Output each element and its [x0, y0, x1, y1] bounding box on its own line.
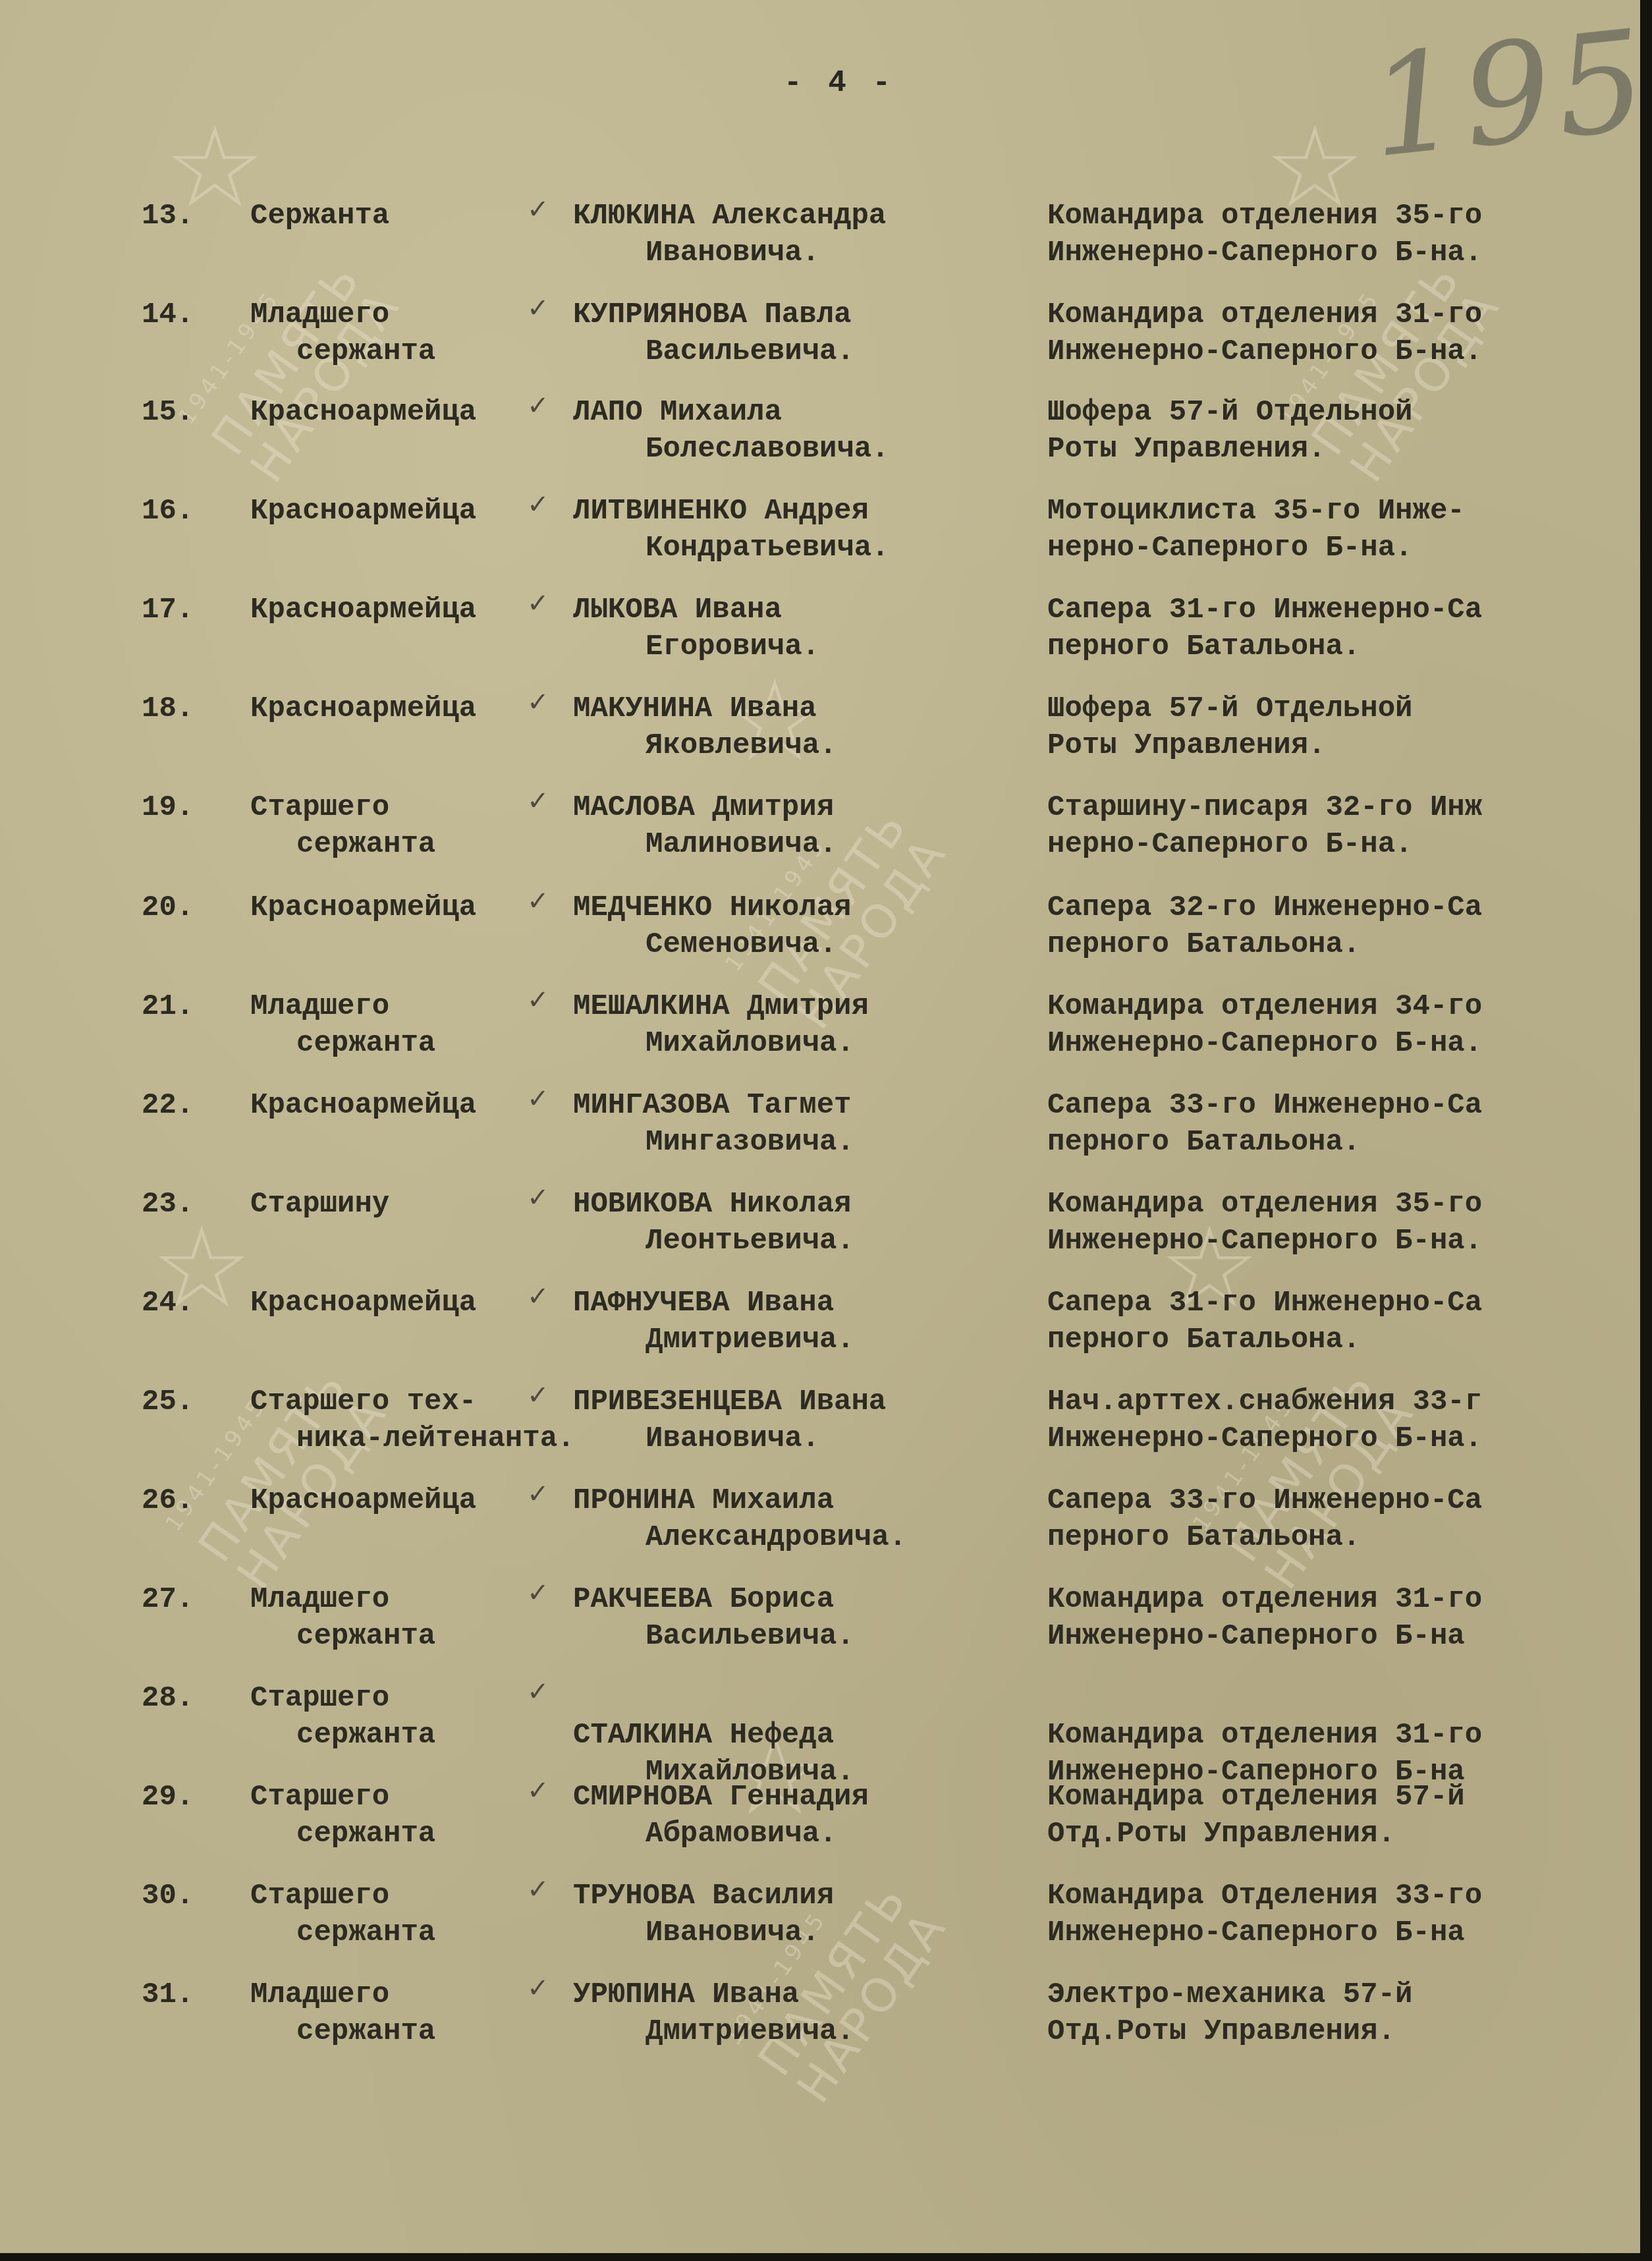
handwritten-sheet-number: 195 [1362, 0, 1640, 189]
position-line: Шофера 57-й Отдельной [1047, 690, 1640, 727]
entry-number: 21. [142, 988, 221, 1025]
entry-rank: Красноармейца [250, 1285, 553, 1322]
entry-number: 27. [142, 1581, 221, 1618]
entry-rank: Младшегосержанта [250, 988, 553, 1062]
entry-rank: Красноармейца [250, 493, 553, 530]
rank-line: Красноармейца [250, 396, 476, 429]
list-item: 17.Красноармейца✓ЛЫКОВА ИванаЕгоровича.С… [0, 592, 1640, 684]
checkmark-icon: ✓ [527, 585, 549, 622]
position-line: Командира Отделения 33-го [1047, 1878, 1640, 1914]
patronymic: Егоровича. [573, 628, 1008, 665]
entry-number: 20. [142, 889, 221, 926]
entry-rank: Старшегосержанта [250, 1680, 553, 1754]
document-page: - 4 - 195 ☆ 1941-1945 ПАМЯТЬ НАРОДА ☆ 19… [0, 0, 1640, 2253]
position-line: Командира отделения 31-го [1047, 296, 1640, 333]
rank-line: сержанта [250, 1914, 553, 1951]
entry-position: Сапера 33-го Инженерно-Саперного Батальо… [1047, 1482, 1640, 1556]
entry-rank: Старшину [250, 1186, 553, 1223]
rank-line: сержанта [250, 1816, 553, 1853]
position-line: перного Батальона. [1047, 1124, 1640, 1161]
rank-line: Старшего [250, 791, 389, 824]
list-item: 14.Младшегосержанта✓КУПРИЯНОВА ПавлаВаси… [0, 296, 1640, 389]
list-item: 13.Сержанта✓КЛЮКИНА АлександраИвановича.… [0, 198, 1640, 290]
entry-rank: Красноармейца [250, 394, 553, 431]
entry-position: Командира отделения 31-гоИнженерно-Сапер… [1047, 1581, 1640, 1655]
entry-position: Сапера 31-го Инженерно-Саперного Батальо… [1047, 1285, 1640, 1358]
list-item: 19.Старшегосержанта✓МАСЛОВА ДмитрияМалин… [0, 789, 1640, 881]
entry-number: 23. [142, 1186, 221, 1223]
rank-line: Старшего [250, 1880, 389, 1912]
list-item: 29.Старшегосержанта✓СМИРНОВА ГеннадияАбр… [0, 1779, 1640, 1871]
entry-position: Командира отделения 34-гоИнженерно-Сапер… [1047, 988, 1640, 1062]
entry-name: РАКЧЕЕВА БорисаВасильевича. [573, 1581, 1008, 1655]
entry-name: КУПРИЯНОВА ПавлаВасильевича. [573, 296, 1008, 370]
position-line: Нач.арттех.снабжения 33-г [1047, 1383, 1640, 1420]
entry-position: Командира Отделения 33-гоИнженерно-Сапер… [1047, 1878, 1640, 1951]
entry-rank: Красноармейца [250, 889, 553, 926]
entry-number: 31. [142, 1976, 221, 2013]
entry-name: ЛАПО МихаилаБолеславовича. [573, 394, 1008, 468]
entry-name: ПРИВЕЗЕНЦЕВА ИванаИвановича. [573, 1383, 1008, 1457]
position-line: Роты Управления. [1047, 727, 1640, 764]
checkmark-icon: ✓ [527, 191, 549, 228]
list-item: 18.Красноармейца✓МАКУНИНА ИванаЯковлевич… [0, 690, 1640, 783]
page-number: - 4 - [784, 66, 895, 100]
position-line: Инженерно-Саперного Б-на. [1047, 235, 1640, 271]
entry-number: 19. [142, 789, 221, 826]
entry-number: 15. [142, 394, 221, 431]
entry-position: Командира отделения 31-гоИнженерно-Сапер… [1047, 296, 1640, 370]
entry-rank: Красноармейца [250, 690, 553, 727]
position-line: Инженерно-Саперного Б-на [1047, 1618, 1640, 1655]
checkmark-icon: ✓ [527, 1970, 549, 2007]
position-line: Командира отделения 35-го [1047, 1186, 1640, 1223]
patronymic: Васильевича. [573, 1618, 1008, 1655]
rank-line: сержанта [250, 2013, 553, 2050]
patronymic: Ивановича. [573, 1914, 1008, 1951]
list-item: 31.Младшегосержанта✓УРЮПИНА ИванаДмитрие… [0, 1976, 1640, 2069]
position-line: Инженерно-Саперного Б-на. [1047, 1223, 1640, 1260]
position-line: Отд.Роты Управления. [1047, 1816, 1640, 1853]
position-line: Роты Управления. [1047, 431, 1640, 468]
surname-given-name: ПРИВЕЗЕНЦЕВА Ивана [573, 1385, 886, 1418]
checkmark-icon: ✓ [527, 883, 549, 920]
position-line: перного Батальона. [1047, 628, 1640, 665]
entry-number: 28. [142, 1680, 221, 1717]
entry-rank: Сержанта [250, 198, 553, 235]
list-item: 22.Красноармейца✓МИНГАЗОВА ТагметМингазо… [0, 1087, 1640, 1179]
entry-position: Командира отделения 35-гоИнженерно-Сапер… [1047, 198, 1640, 271]
checkmark-icon: ✓ [527, 1278, 549, 1315]
entry-rank: Младшегосержанта [250, 296, 553, 370]
patronymic: Яковлевича. [573, 727, 1008, 764]
rank-line: ника-лейтенанта. [250, 1420, 553, 1457]
entry-name: УРЮПИНА ИванаДмитриевича. [573, 1976, 1008, 2050]
patronymic: Ивановича. [573, 235, 1008, 271]
rank-line: сержанта [250, 1717, 553, 1754]
surname-given-name: МЕШАЛКИНА Дмитрия [573, 990, 869, 1023]
position-line: Командира отделения 31-го [1047, 1581, 1640, 1618]
entry-position: Шофера 57-й ОтдельнойРоты Управления. [1047, 690, 1640, 764]
surname-given-name: СМИРНОВА Геннадия [573, 1781, 869, 1814]
entry-name: ЛИТВИНЕНКО АндреяКондратьевича. [573, 493, 1008, 567]
surname-given-name: ТРУНОВА Василия [573, 1880, 834, 1912]
checkmark-icon: ✓ [527, 982, 549, 1019]
patronymic: Семеновича. [573, 926, 1008, 963]
entry-rank: Старшего тех-ника-лейтенанта. [250, 1383, 553, 1457]
entry-name: ПАФНУЧЕВА ИванаДмитриевича. [573, 1285, 1008, 1358]
patronymic: Абрамовича. [573, 1816, 1008, 1853]
entry-number: 18. [142, 690, 221, 727]
checkmark-icon: ✓ [527, 290, 549, 327]
patronymic: Мингазовича. [573, 1124, 1008, 1161]
entry-name: НОВИКОВА НиколаяЛеонтьевича. [573, 1186, 1008, 1260]
surname-given-name: СТАЛКИНА Нефеда [573, 1719, 834, 1752]
entry-rank: Младшегосержанта [250, 1581, 553, 1655]
position-line: Сапера 33-го Инженерно-Са [1047, 1482, 1640, 1519]
position-line: Мотоциклиста 35-го Инже- [1047, 493, 1640, 530]
surname-given-name: МЕДЧЕНКО Николая [573, 891, 851, 924]
position-line: перного Батальона. [1047, 1519, 1640, 1556]
rank-line: Красноармейца [250, 495, 476, 528]
entry-name: ТРУНОВА ВасилияИвановича. [573, 1878, 1008, 1951]
surname-given-name: ПАФНУЧЕВА Ивана [573, 1287, 834, 1320]
entry-number: 17. [142, 592, 221, 628]
position-line: Командира отделения 34-го [1047, 988, 1640, 1025]
scan-edge [0, 2253, 1652, 2261]
list-item: 30.Старшегосержанта✓ТРУНОВА ВасилияИвано… [0, 1878, 1640, 1970]
checkmark-icon: ✓ [527, 1871, 549, 1908]
entry-position: Сапера 33-го Инженерно-Саперного Батальо… [1047, 1087, 1640, 1161]
entry-name: КЛЮКИНА АлександраИвановича. [573, 198, 1008, 271]
entry-position: Шофера 57-й ОтдельнойРоты Управления. [1047, 394, 1640, 468]
patronymic: Дмитриевича. [573, 1322, 1008, 1358]
checkmark-icon: ✓ [527, 1673, 549, 1710]
checkmark-icon: ✓ [527, 1476, 549, 1513]
surname-given-name: МАКУНИНА Ивана [573, 692, 817, 725]
checkmark-icon: ✓ [527, 684, 549, 721]
checkmark-icon: ✓ [527, 1575, 549, 1611]
patronymic: Александровича. [573, 1519, 1008, 1556]
rank-line: сержанта [250, 333, 553, 370]
entry-number: 26. [142, 1482, 221, 1519]
list-item: 25.Старшего тех-ника-лейтенанта.✓ПРИВЕЗЕ… [0, 1383, 1640, 1476]
list-item: 15.Красноармейца✓ЛАПО МихаилаБолеславови… [0, 394, 1640, 486]
patronymic: Васильевича. [573, 333, 1008, 370]
rank-line: сержанта [250, 1618, 553, 1655]
position-line: Инженерно-Саперного Б-на. [1047, 1420, 1640, 1457]
patronymic: Малиновича. [573, 826, 1008, 863]
entry-number: 25. [142, 1383, 221, 1420]
surname-given-name: КУПРИЯНОВА Павла [573, 298, 851, 331]
patronymic: Кондратьевича. [573, 530, 1008, 567]
entry-number: 22. [142, 1087, 221, 1124]
position-line: Командира отделения 31-го [1047, 1717, 1640, 1754]
entry-rank: Старшегосержанта [250, 1878, 553, 1951]
position-line: Старшину-писаря 32-го Инж [1047, 789, 1640, 826]
rank-line: Сержанта [250, 200, 389, 233]
rank-line: Младшего [250, 298, 389, 331]
entry-position: Сапера 31-го Инженерно-Саперного Батальо… [1047, 592, 1640, 665]
rank-line: сержанта [250, 826, 553, 863]
patronymic: Болеславовича. [573, 431, 1008, 468]
rank-line: Старшего [250, 1682, 389, 1715]
entry-name: ЛЫКОВА ИванаЕгоровича. [573, 592, 1008, 665]
position-line: перного Батальона. [1047, 926, 1640, 963]
entry-name: МЕДЧЕНКО НиколаяСеменовича. [573, 889, 1008, 963]
entry-name: МЕШАЛКИНА ДмитрияМихайловича. [573, 988, 1008, 1062]
patronymic: Михайловича. [573, 1025, 1008, 1062]
list-item: 21.Младшегосержанта✓МЕШАЛКИНА ДмитрияМих… [0, 988, 1640, 1080]
rank-line: Красноармейца [250, 594, 476, 627]
rank-line: Старшего тех- [250, 1385, 476, 1418]
entry-position: Старшину-писаря 32-го Инжнерно-Саперного… [1047, 789, 1640, 863]
entry-number: 13. [142, 198, 221, 235]
entry-rank: Красноармейца [250, 592, 553, 628]
entry-position: Командира отделения 35-гоИнженерно-Сапер… [1047, 1186, 1640, 1260]
list-item: 24.Красноармейца✓ПАФНУЧЕВА ИванаДмитриев… [0, 1285, 1640, 1377]
entry-position: Нач.арттех.снабжения 33-гИнженерно-Сапер… [1047, 1383, 1640, 1457]
position-line: Инженерно-Саперного Б-на. [1047, 333, 1640, 370]
entry-name: СМИРНОВА ГеннадияАбрамовича. [573, 1779, 1008, 1853]
scan-edge [1640, 0, 1652, 2261]
patronymic: Ивановича. [573, 1420, 1008, 1457]
entry-position: Мотоциклиста 35-го Инже-нерно-Саперного … [1047, 493, 1640, 567]
entry-number: 24. [142, 1285, 221, 1322]
checkmark-icon: ✓ [527, 387, 549, 424]
surname-given-name: ЛАПО Михаила [573, 396, 782, 429]
position-line: Сапера 32-го Инженерно-Са [1047, 889, 1640, 926]
entry-name: ПРОНИНА МихаилаАлександровича. [573, 1482, 1008, 1556]
entry-rank: Красноармейца [250, 1482, 553, 1519]
rank-line: Красноармейца [250, 1089, 476, 1122]
checkmark-icon: ✓ [527, 1772, 549, 1809]
position-line: Отд.Роты Управления. [1047, 2013, 1640, 2050]
rank-line: Красноармейца [250, 1287, 476, 1320]
list-item: 23.Старшину✓НОВИКОВА НиколаяЛеонтьевича.… [0, 1186, 1640, 1278]
rank-line: Младшего [250, 990, 389, 1023]
surname-given-name: КЛЮКИНА Александра [573, 200, 886, 233]
entry-name: МАКУНИНА ИванаЯковлевича. [573, 690, 1008, 764]
position-line: Инженерно-Саперного Б-на. [1047, 1025, 1640, 1062]
surname-given-name: РАКЧЕЕВА Бориса [573, 1583, 834, 1616]
position-line: Сапера 33-го Инженерно-Са [1047, 1087, 1640, 1124]
surname-given-name: ЛИТВИНЕНКО Андрея [573, 495, 869, 528]
position-line: Инженерно-Саперного Б-на [1047, 1914, 1640, 1951]
position-line: Сапера 31-го Инженерно-Са [1047, 1285, 1640, 1322]
entry-position: Командира отделения 57-йОтд.Роты Управле… [1047, 1779, 1640, 1853]
checkmark-icon: ✓ [527, 1080, 549, 1117]
entry-number: 30. [142, 1878, 221, 1914]
surname-given-name: МАСЛОВА Дмитрия [573, 791, 834, 824]
list-item: 26.Красноармейца✓ПРОНИНА МихаилаАлександ… [0, 1482, 1640, 1575]
entry-position: Сапера 32-го Инженерно-Саперного Батальо… [1047, 889, 1640, 963]
rank-line: сержанта [250, 1025, 553, 1062]
entry-number: 16. [142, 493, 221, 530]
surname-given-name: УРЮПИНА Ивана [573, 1978, 799, 2011]
rank-line: Младшего [250, 1978, 389, 2011]
checkmark-icon: ✓ [527, 486, 549, 523]
checkmark-icon: ✓ [527, 783, 549, 820]
entry-number: 14. [142, 296, 221, 333]
list-item: 27.Младшегосержанта✓РАКЧЕЕВА БорисаВасил… [0, 1581, 1640, 1673]
patronymic: Дмитриевича. [573, 2013, 1008, 2050]
rank-line: Красноармейца [250, 1484, 476, 1517]
position-line: перного Батальона. [1047, 1322, 1640, 1358]
entry-rank: Младшегосержанта [250, 1976, 553, 2050]
checkmark-icon: ✓ [527, 1377, 549, 1414]
surname-given-name: ЛЫКОВА Ивана [573, 594, 782, 627]
rank-line: Красноармейца [250, 692, 476, 725]
entry-rank: Красноармейца [250, 1087, 553, 1124]
patronymic: Леонтьевича. [573, 1223, 1008, 1260]
entry-rank: Старшегосержанта [250, 789, 553, 863]
entry-position: Электро-механика 57-йОтд.Роты Управления… [1047, 1976, 1640, 2050]
list-item: 16.Красноармейца✓ЛИТВИНЕНКО АндреяКондра… [0, 493, 1640, 585]
surname-given-name: МИНГАЗОВА Тагмет [573, 1089, 851, 1122]
position-line: Командира отделения 35-го [1047, 198, 1640, 235]
position-line: Шофера 57-й Отдельной [1047, 394, 1640, 431]
rank-line: Красноармейца [250, 891, 476, 924]
position-line: нерно-Саперного Б-на. [1047, 530, 1640, 567]
rank-line: Старшину [250, 1188, 389, 1221]
position-line: Сапера 31-го Инженерно-Са [1047, 592, 1640, 628]
checkmark-icon: ✓ [527, 1179, 549, 1216]
rank-line: Старшего [250, 1781, 389, 1814]
list-item: 20.Красноармейца✓МЕДЧЕНКО НиколаяСеменов… [0, 889, 1640, 982]
position-line: Командира отделения 57-й [1047, 1779, 1640, 1816]
surname-given-name: ПРОНИНА Михаила [573, 1484, 834, 1517]
position-line: Электро-механика 57-й [1047, 1976, 1640, 2013]
entry-name: МАСЛОВА ДмитрияМалиновича. [573, 789, 1008, 863]
entry-name: МИНГАЗОВА ТагметМингазовича. [573, 1087, 1008, 1161]
entry-rank: Старшегосержанта [250, 1779, 553, 1853]
position-line: нерно-Саперного Б-на. [1047, 826, 1640, 863]
surname-given-name: НОВИКОВА Николая [573, 1188, 851, 1221]
rank-line: Младшего [250, 1583, 389, 1616]
entry-number: 29. [142, 1779, 221, 1816]
list-item: 28.Старшегосержанта✓СТАЛКИНА НефедаМихай… [0, 1680, 1640, 1772]
